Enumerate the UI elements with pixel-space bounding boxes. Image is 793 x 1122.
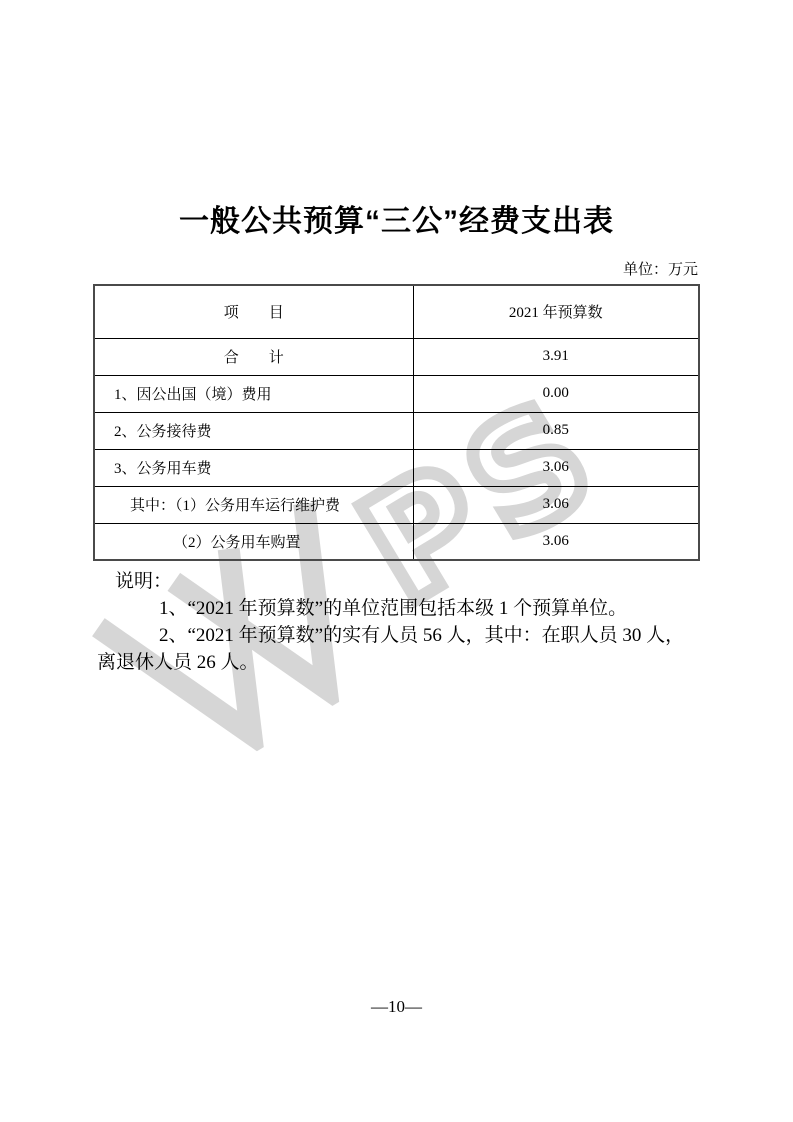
item-cell: 合 计 (94, 338, 413, 375)
item-cell: 2、公务接待费 (94, 412, 413, 449)
value-cell: 3.06 (413, 449, 699, 486)
page-title: 一般公共预算“三公”经费支出表 (0, 196, 793, 240)
table-row-vehicle-maintenance: 其中：（1）公务用车运行维护费 3.06 (94, 486, 699, 523)
note-line-3: 离退休人员 26 人。 (93, 649, 705, 676)
notes-section: 说明： 1、“2021 年预算数”的单位范围包括本级 1 个预算单位。 2、“2… (93, 568, 705, 676)
document-page: PS 一般公共预算“三公”经费支出表 单位：万元 项 目 2021 年预算数 合… (0, 0, 793, 1122)
item-cell: 3、公务用车费 (94, 449, 413, 486)
table-row-abroad: 1、因公出国（境）费用 0.00 (94, 375, 699, 412)
table-row-vehicle: 3、公务用车费 3.06 (94, 449, 699, 486)
notes-label: 说明： (93, 568, 705, 595)
table-row-total: 合 计 3.91 (94, 338, 699, 375)
col-header-budget: 2021 年预算数 (413, 285, 699, 338)
item-cell: （2）公务用车购置 (94, 523, 413, 560)
item-cell: 1、因公出国（境）费用 (94, 375, 413, 412)
value-cell: 0.00 (413, 375, 699, 412)
page-content: 一般公共预算“三公”经费支出表 单位：万元 项 目 2021 年预算数 合 计 … (0, 0, 793, 1122)
table-header-row: 项 目 2021 年预算数 (94, 285, 699, 338)
col-header-item: 项 目 (94, 285, 413, 338)
value-cell: 3.06 (413, 523, 699, 560)
table-row-vehicle-purchase: （2）公务用车购置 3.06 (94, 523, 699, 560)
value-cell: 0.85 (413, 412, 699, 449)
value-cell: 3.91 (413, 338, 699, 375)
page-number: —10— (0, 997, 793, 1017)
note-line-1: 1、“2021 年预算数”的单位范围包括本级 1 个预算单位。 (93, 595, 705, 622)
item-cell: 其中：（1）公务用车运行维护费 (94, 486, 413, 523)
value-cell: 3.06 (413, 486, 699, 523)
note-line-2: 2、“2021 年预算数”的实有人员 56 人，其中：在职人员 30 人， (93, 622, 705, 649)
table-row-reception: 2、公务接待费 0.85 (94, 412, 699, 449)
unit-label: 单位：万元 (93, 258, 698, 279)
budget-table: 项 目 2021 年预算数 合 计 3.91 1、因公出国（境）费用 0.00 … (93, 284, 700, 561)
